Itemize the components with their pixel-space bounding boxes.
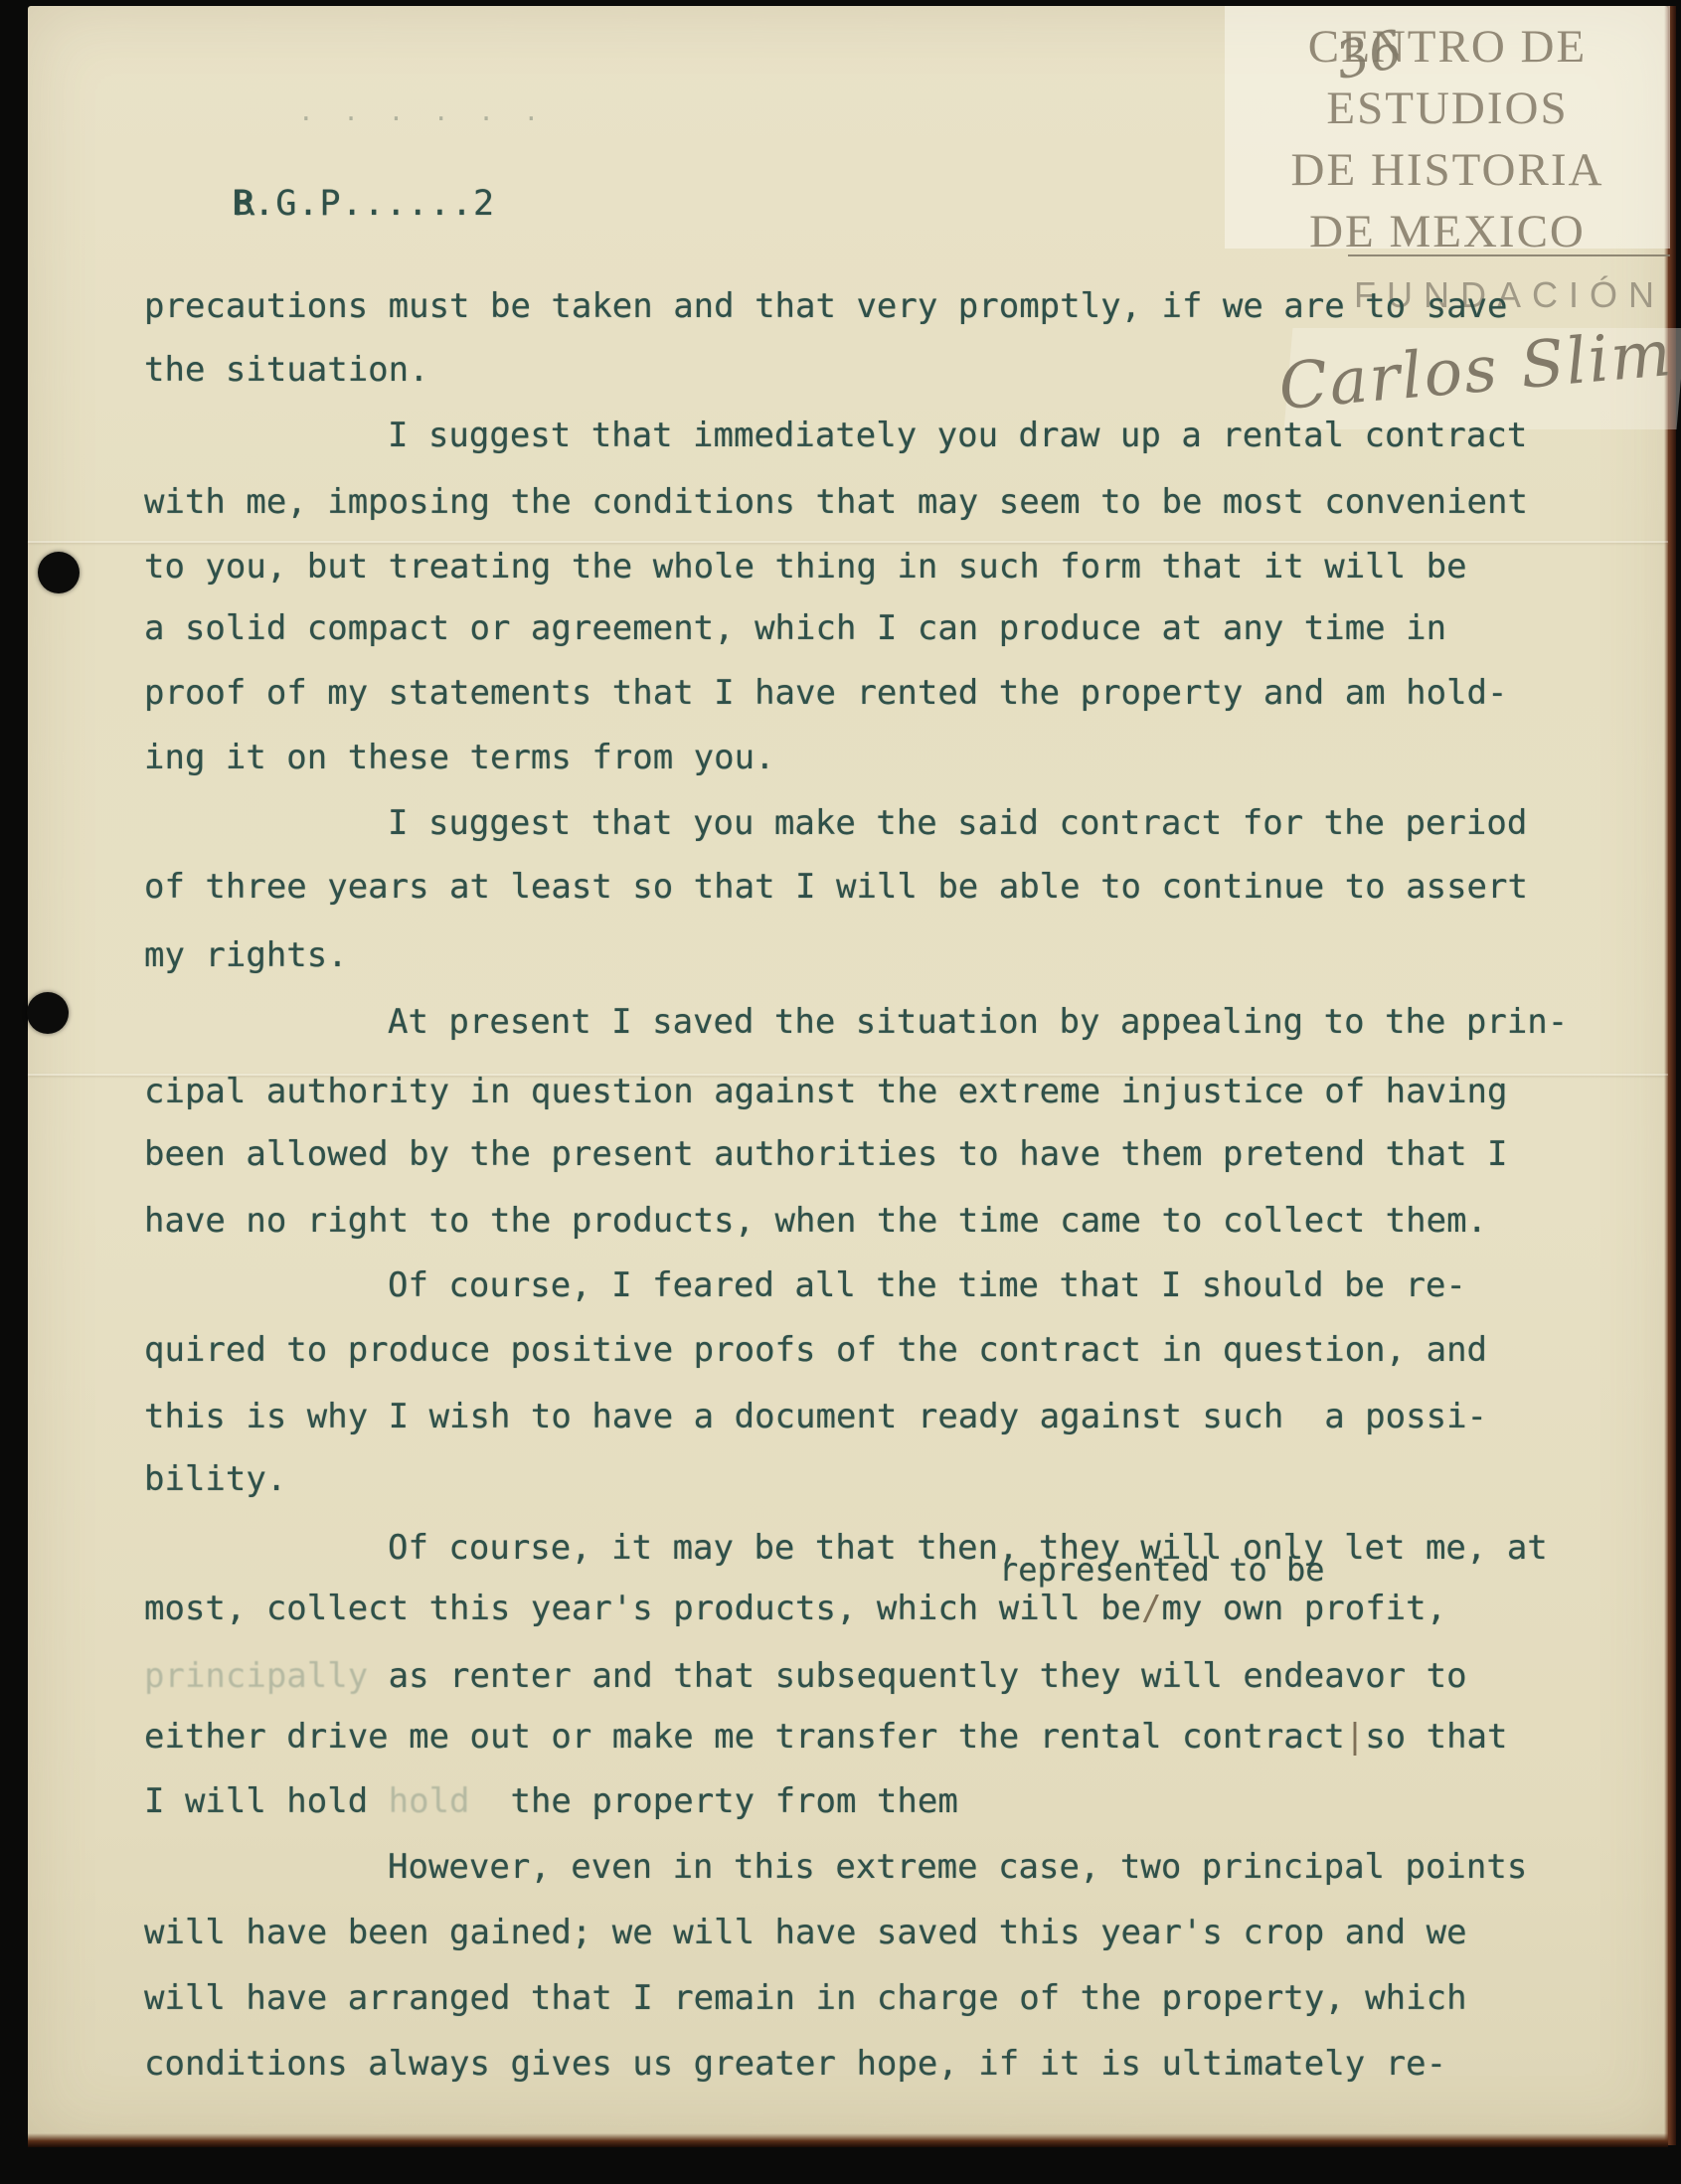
typed-line: to you, but treating the whole thing in … xyxy=(144,547,1467,587)
pencil-mark: / xyxy=(1141,1589,1161,1628)
erased-text: hold xyxy=(389,1781,470,1821)
typed-line: I will hold hold the property from them xyxy=(144,1781,958,1821)
watermark-box: CENTRO DE ESTUDIOS DE HISTORIA DE MEXICO xyxy=(1225,6,1670,249)
typed-text: the property from them xyxy=(470,1781,958,1821)
watermark-line: ESTUDIOS xyxy=(1225,78,1670,139)
typed-line: Of course, I feared all the time that I … xyxy=(388,1265,1466,1305)
scan-edge-bottom xyxy=(28,2133,1668,2147)
typed-text: most, collect this year's products, whic… xyxy=(144,1589,1141,1628)
watermark-line: DE HISTORIA xyxy=(1225,139,1670,201)
punch-hole-top xyxy=(38,552,80,593)
watermark-divider-line xyxy=(1348,254,1670,256)
pencil-mark: | xyxy=(1345,1717,1365,1757)
page-reference-header: B R .G.P......2 xyxy=(144,144,495,265)
fold-crease-upper xyxy=(28,541,1668,543)
typed-line: proof of my statements that I have rente… xyxy=(144,673,1507,713)
typed-line: However, even in this extreme case, two … xyxy=(388,1847,1527,1887)
scanned-letter-page: CENTRO DE ESTUDIOS DE HISTORIA DE MEXICO… xyxy=(0,0,1681,2184)
typed-line: bility. xyxy=(144,1459,286,1499)
typed-line: been allowed by the present authorities … xyxy=(144,1134,1507,1174)
typed-text: my own profit, xyxy=(1162,1589,1447,1628)
watermark-line: CENTRO DE xyxy=(1225,6,1670,78)
typed-line: my rights. xyxy=(144,935,348,975)
watermark-line: DE MEXICO xyxy=(1225,201,1670,262)
typed-line: will have arranged that I remain in char… xyxy=(144,1978,1467,2018)
page-reference-rest: .G.P......2 xyxy=(253,184,495,224)
typed-line: principally as renter and that subsequen… xyxy=(144,1656,1467,1696)
typed-line: conditions always gives us greater hope,… xyxy=(144,2044,1446,2084)
typed-line: of three years at least so that I will b… xyxy=(144,867,1528,907)
faint-dot-impressions: . . . . . . xyxy=(298,97,546,127)
punch-hole-bottom xyxy=(27,992,69,1034)
typed-line: Of course, it may be that then, they wil… xyxy=(388,1528,1548,1568)
typed-line: will have been gained; we will have save… xyxy=(144,1913,1467,1952)
typed-line: precautions must be taken and that very … xyxy=(144,286,1507,326)
typed-line: most, collect this year's products, whic… xyxy=(144,1589,1446,1628)
interline-insertion: represented to be xyxy=(999,1551,1325,1589)
typed-line: quired to produce positive proofs of the… xyxy=(144,1330,1487,1370)
typed-line: either drive me out or make me transfer … xyxy=(144,1717,1508,1757)
overstruck-letter: B R xyxy=(232,184,253,226)
overstrike-over: R xyxy=(234,184,255,224)
typed-line: ing it on these terms from you. xyxy=(144,738,775,777)
typed-line: I suggest that you make the said contrac… xyxy=(388,803,1527,843)
typed-line: a solid compact or agreement, which I ca… xyxy=(144,608,1446,648)
typed-line: with me, imposing the conditions that ma… xyxy=(144,482,1528,522)
typed-text: I will hold xyxy=(144,1781,389,1821)
typed-line: have no right to the products, when the … xyxy=(144,1201,1487,1241)
typed-line: cipal authority in question against the … xyxy=(144,1072,1507,1111)
typed-line: this is why I wish to have a document re… xyxy=(144,1397,1487,1436)
typed-text: so that xyxy=(1365,1717,1507,1757)
typed-text: as renter and that subsequently they wil… xyxy=(368,1656,1466,1696)
typed-line: I suggest that immediately you draw up a… xyxy=(388,416,1527,455)
typed-line: the situation. xyxy=(144,350,429,390)
typed-text: either drive me out or make me transfer … xyxy=(144,1717,1345,1757)
erased-text: principally xyxy=(144,1656,368,1696)
typed-line: At present I saved the situation by appe… xyxy=(388,1002,1568,1042)
